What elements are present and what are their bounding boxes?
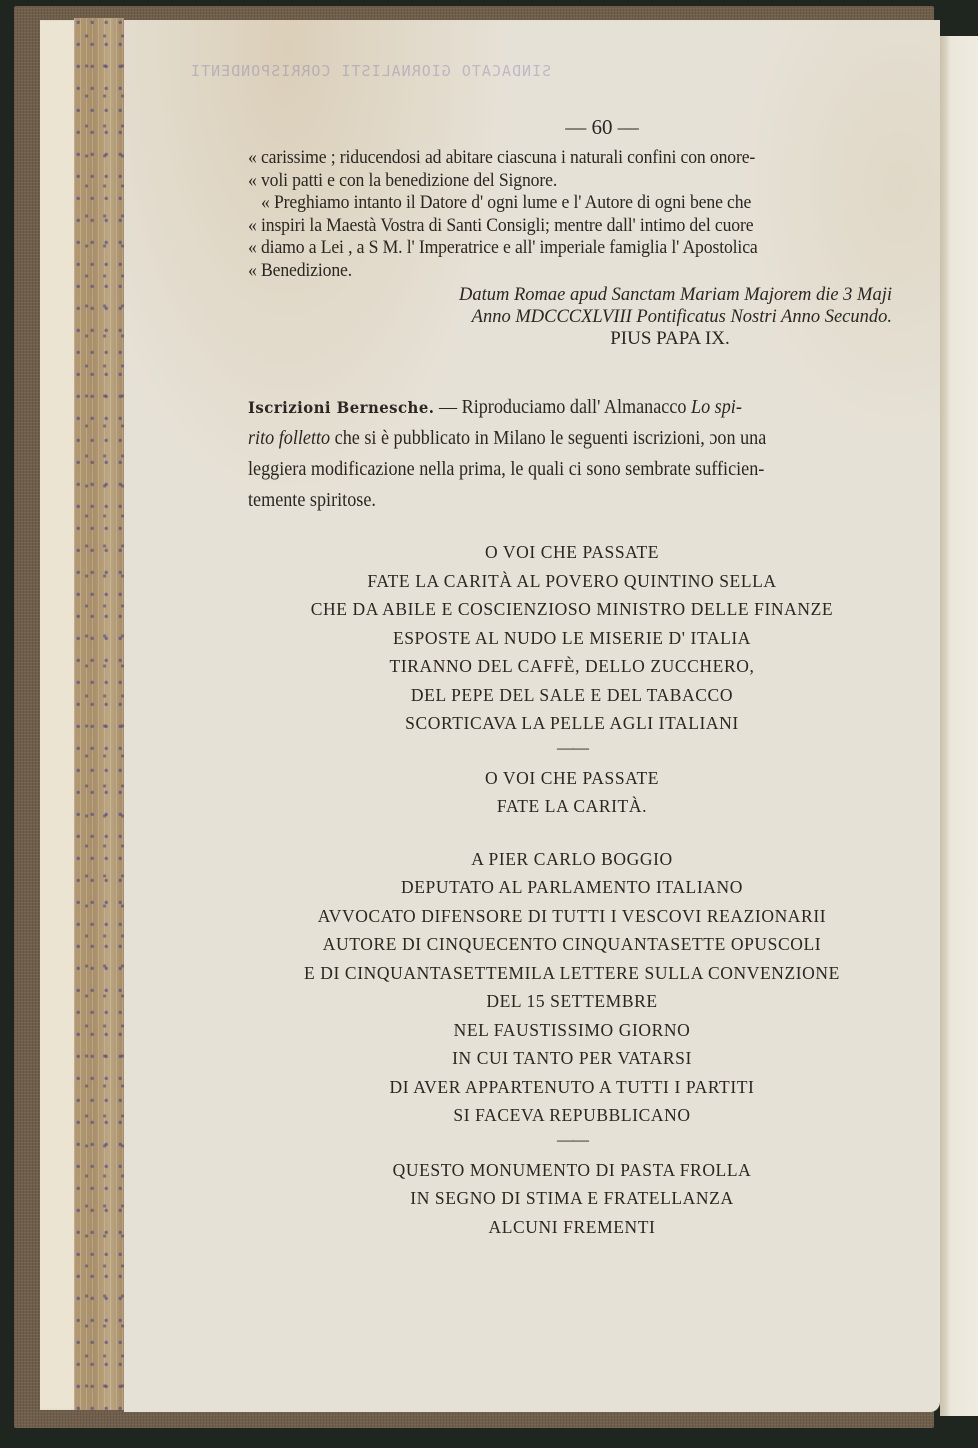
- inscription-line: QUESTO MONUMENTO DI PASTA FROLLA: [248, 1156, 896, 1185]
- section-separator: ——: [248, 738, 896, 764]
- next-page-edge: [940, 36, 978, 1416]
- letter-line: « carissime ; riducendosi ad abitare cia…: [248, 147, 851, 170]
- article-italic-title: rito folletto: [248, 428, 330, 449]
- inscription-line: ESPOSTE AL NUDO LE MISERIE D' ITALIA: [248, 624, 896, 653]
- article-text: che si è pubblicato in Milano le seguent…: [330, 428, 766, 449]
- inscription-line: SCORTICAVA LA PELLE AGLI ITALIANI: [248, 709, 896, 738]
- inscription-pier-carlo-boggio: A PIER CARLO BOGGIO DEPUTATO AL PARLAMEN…: [248, 845, 896, 1242]
- page-number: — 60 —: [308, 113, 896, 147]
- inscription-line: FATE LA CARITÀ AL POVERO QUINTINO SELLA: [248, 567, 896, 596]
- article-italic-title: Lo spi-: [691, 397, 742, 418]
- inscription-line: DI AVER APPARTENUTO A TUTTI I PARTITI: [248, 1073, 896, 1102]
- inscription-quintino-sella: O VOI CHE PASSATE FATE LA CARITÀ AL POVE…: [248, 538, 896, 821]
- heading-dash: —: [434, 397, 461, 418]
- inscription-line: DEL 15 SETTEMBRE: [248, 987, 896, 1016]
- letter-signature: Datum Romae apud Sanctam Mariam Majorem …: [248, 284, 896, 350]
- inscription-line: FATE LA CARITÀ.: [248, 792, 896, 821]
- inscription-line: A PIER CARLO BOGGIO: [248, 845, 896, 874]
- article-heading: Iscrizioni Bernesche.: [248, 398, 434, 417]
- inscription-line: O VOI CHE PASSATE: [248, 538, 896, 567]
- inscription-line: DEL PEPE DEL SALE E DEL TABACCO: [248, 681, 896, 710]
- article-line: Iscrizioni Bernesche. — Riproduciamo dal…: [248, 392, 851, 423]
- inscription-line: AUTORE DI CINQUECENTO CINQUANTASETTE OPU…: [248, 930, 896, 959]
- letter-line: « Preghiamo intanto il Datore d' ogni lu…: [248, 192, 851, 215]
- signer-name: PIUS PAPA IX.: [248, 328, 892, 350]
- inscription-line: SI FACEVA REPUBBLICANO: [248, 1101, 896, 1130]
- inscription-line: E DI CINQUANTASETTEMILA LETTERE SULLA CO…: [248, 959, 896, 988]
- article-iscrizioni-bernesche: Iscrizioni Bernesche. — Riproduciamo dal…: [248, 392, 896, 516]
- inscription-line: O VOI CHE PASSATE: [248, 764, 896, 793]
- papal-letter-excerpt: « carissime ; riducendosi ad abitare cia…: [248, 147, 896, 282]
- section-separator: ——: [248, 1130, 896, 1156]
- inscription-line: IN CUI TANTO PER VATARSI: [248, 1044, 896, 1073]
- inscription-line: DEPUTATO AL PARLAMENTO ITALIANO: [248, 873, 896, 902]
- article-line: rito folletto che si è pubblicato in Mil…: [248, 423, 851, 454]
- inscription-line: TIRANNO DEL CAFFÈ, DELLO ZUCCHERO,: [248, 652, 896, 681]
- inscription-line: AVVOCATO DIFENSORE DI TUTTI I VESCOVI RE…: [248, 902, 896, 931]
- book-gutter: [74, 18, 124, 1410]
- inscription-line: IN SEGNO DI STIMA E FRATELLANZA: [248, 1184, 896, 1213]
- signature-year-line: Anno MDCCCXLVIII Pontificatus Nostri Ann…: [248, 306, 892, 328]
- page-content: — 60 — « carissime ; riducendosi ad abit…: [248, 113, 896, 1241]
- inscription-line: CHE DA ABILE E COSCIENZIOSO MINISTRO DEL…: [248, 595, 896, 624]
- inscription-line: ALCUNI FREMENTI: [248, 1213, 896, 1242]
- letter-line: « Benedizione.: [248, 260, 851, 283]
- article-line: temente spiritose.: [248, 485, 851, 516]
- inscription-line: NEL FAUSTISSIMO GIORNO: [248, 1016, 896, 1045]
- signature-date-line: Datum Romae apud Sanctam Mariam Majorem …: [248, 284, 892, 306]
- spacer: [248, 821, 896, 845]
- letter-line: « diamo a Lei , a S M. l' Imperatrice e …: [248, 237, 851, 260]
- article-text: Riproduciamo dall' Almanacco: [462, 397, 691, 418]
- letter-line: « inspiri la Maestà Vostra di Santi Cons…: [248, 215, 851, 238]
- article-line: leggiera modificazione nella prima, le q…: [248, 454, 851, 485]
- letter-line: « voli patti e con la benedizione del Si…: [248, 170, 851, 193]
- stamp-bleed-through: SINDACATO GIORNALISTI CORRISPONDENTI: [190, 62, 551, 80]
